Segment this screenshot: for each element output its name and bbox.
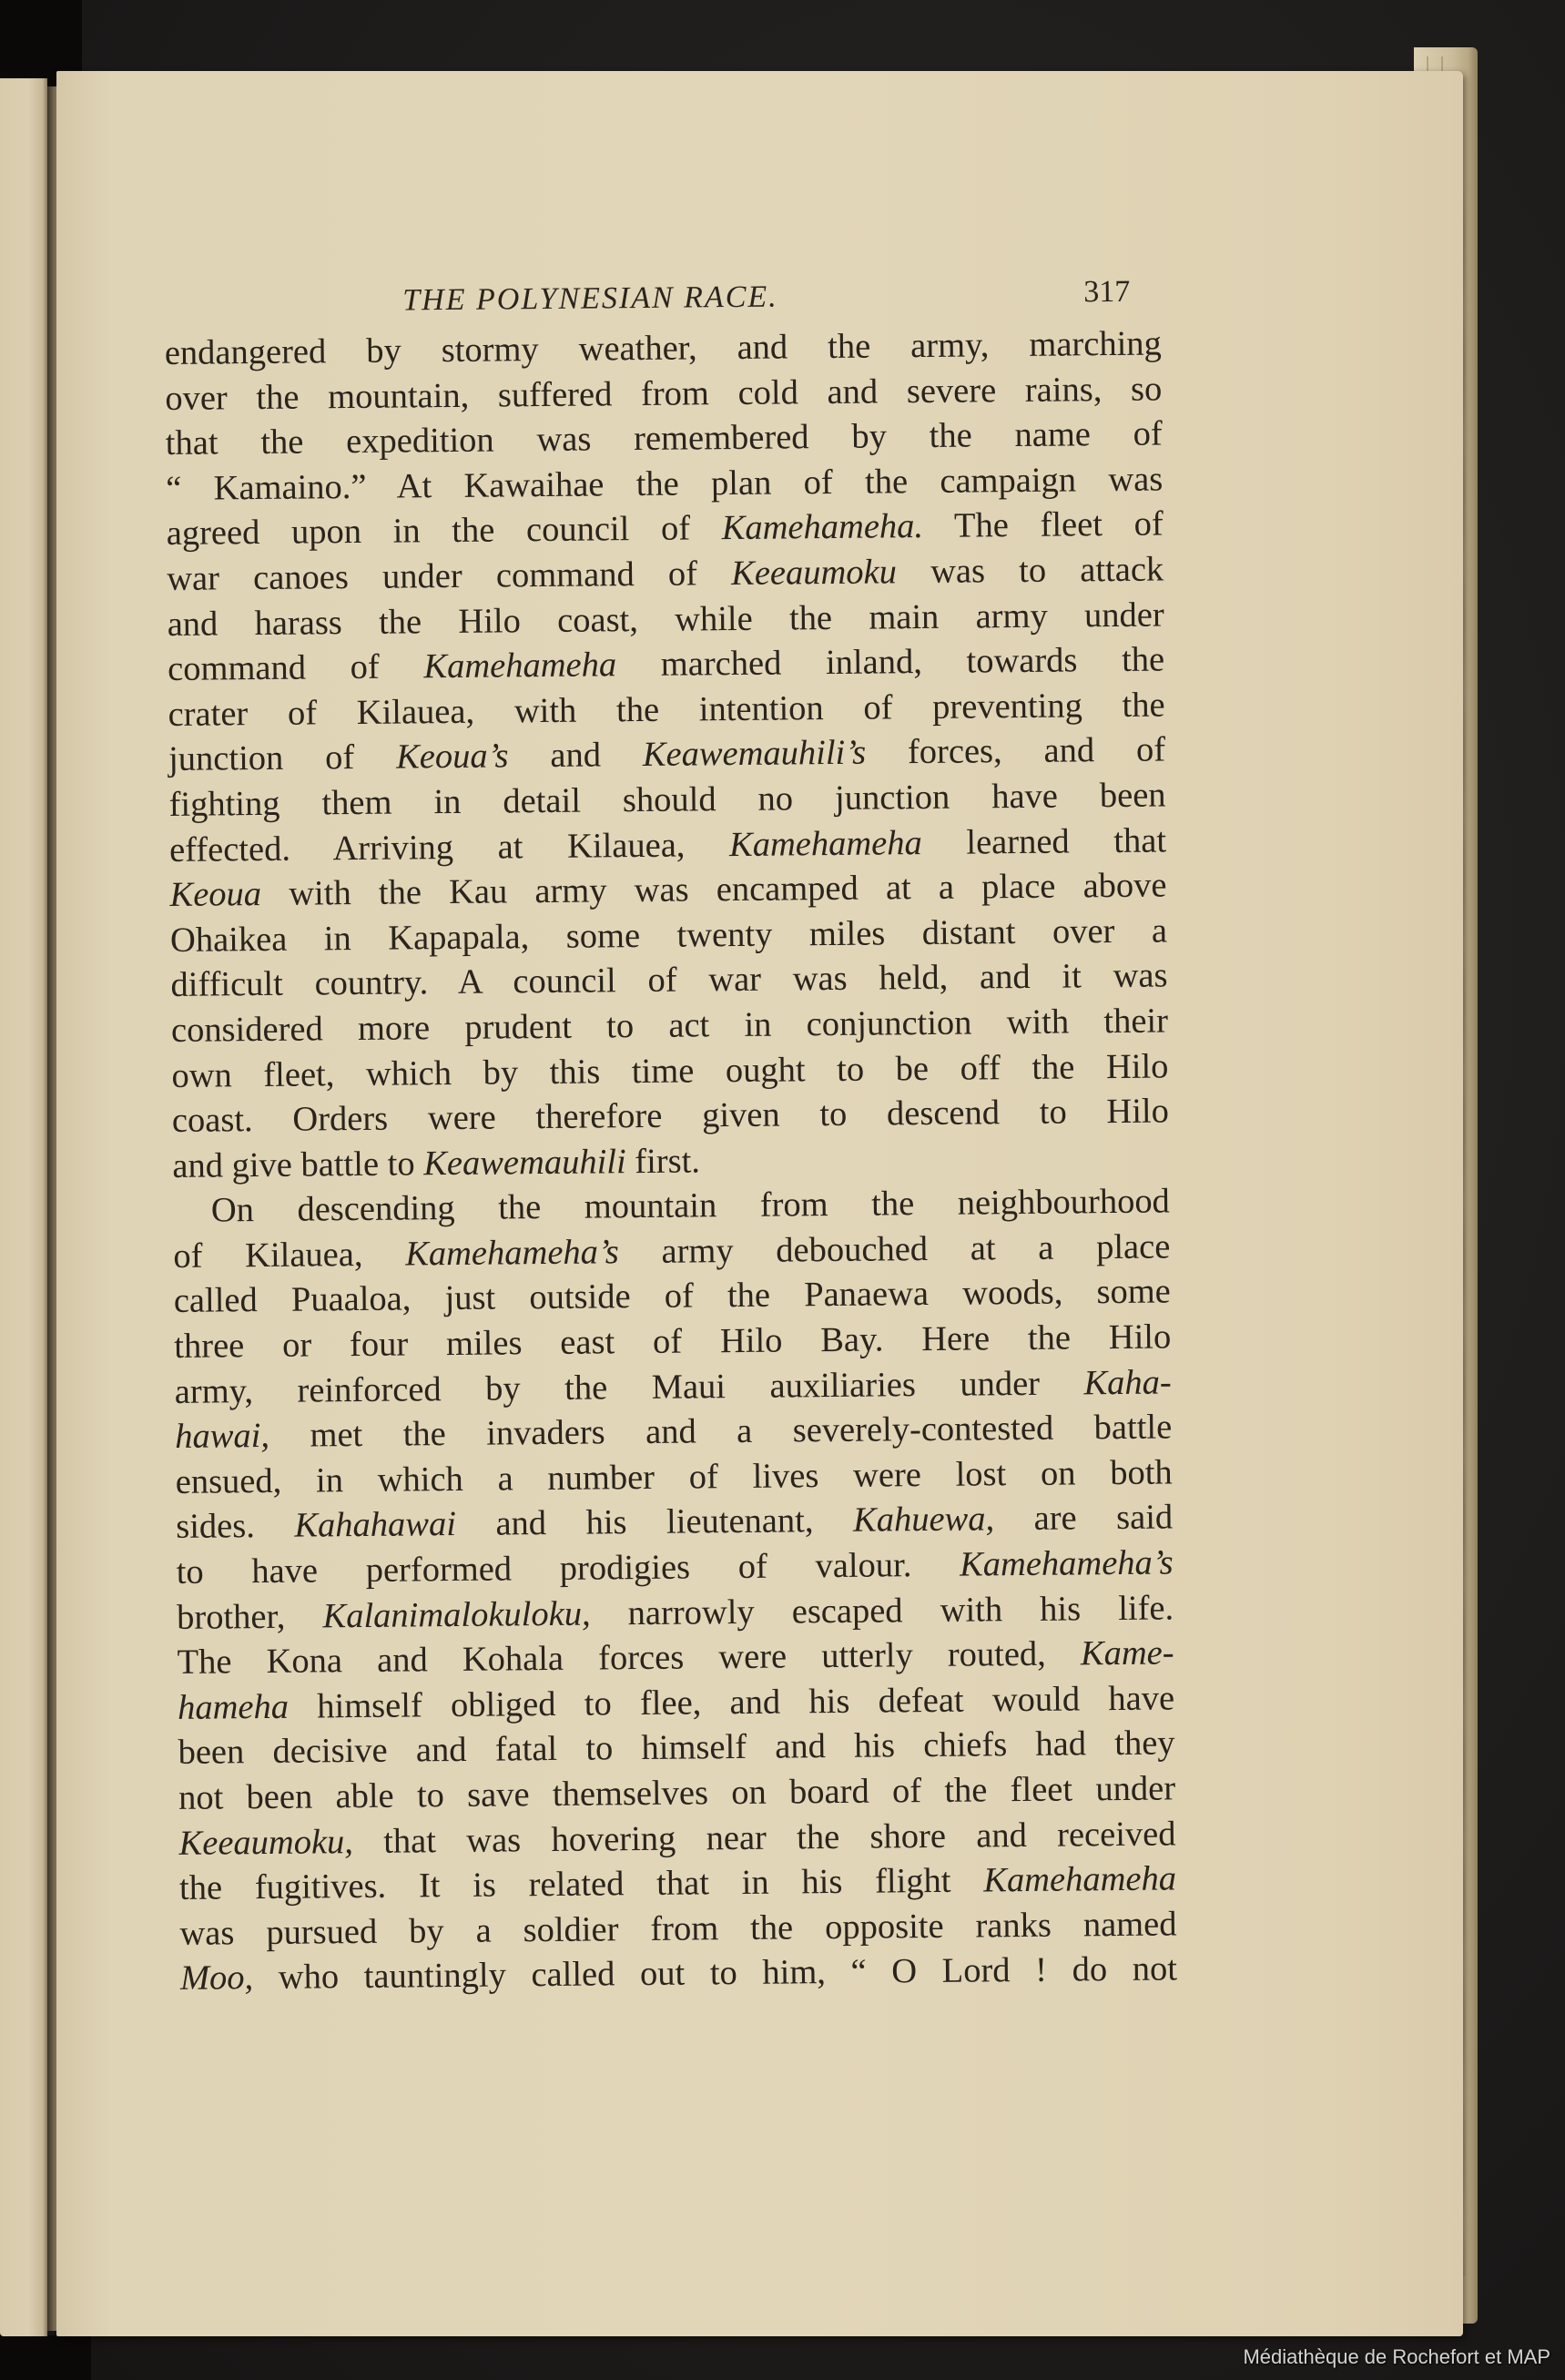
text-run: marched inland, towards the — [616, 641, 1164, 685]
text-run: and harass the Hilo coast, while the mai… — [167, 595, 1164, 644]
italic-name: Keoua — [169, 875, 261, 914]
text-run: difficult country. A council of war was … — [170, 957, 1167, 1005]
text-run: first. — [625, 1142, 700, 1181]
text-run: war canoes under command of — [167, 554, 731, 598]
running-head: THE POLYNESIAN RACE. 317 — [164, 263, 1162, 331]
text-run: junction of — [168, 738, 396, 778]
page-number: 317 — [1083, 275, 1130, 310]
italic-name: hawai, — [175, 1417, 269, 1456]
left-page-edge — [0, 78, 47, 2336]
italic-name: Kamehameha — [983, 1860, 1176, 1900]
text-run: coast. Orders were therefore given to de… — [172, 1093, 1169, 1141]
text-run: On descending the mountain from the neig… — [211, 1183, 1170, 1230]
italic-name: Keeaumoku, — [178, 1823, 353, 1863]
text-run: and his lieutenant, — [456, 1501, 853, 1543]
text-run: army debouched at a place — [619, 1227, 1171, 1271]
text-run: was to attack — [897, 550, 1164, 591]
text-run: own fleet, which by this time ought to b… — [171, 1047, 1168, 1095]
italic-name: Keawemauhili’s — [643, 734, 867, 774]
text-run: that the expedition was remembered by th… — [166, 415, 1163, 463]
text-run: who tauntingly called out to him, “ O Lo… — [253, 1950, 1177, 1998]
text-run: and — [508, 736, 643, 775]
watermark-credit: Médiathèque de Rochefort et MAP — [1243, 2345, 1550, 2369]
text-run: that was hovering near the shore and rec… — [353, 1815, 1176, 1861]
text-run: “ Kamaino.” At Kawaihae the plan of the … — [166, 460, 1163, 508]
text-run: are said — [994, 1499, 1173, 1539]
italic-name: Kamehameha. — [722, 507, 924, 547]
italic-name: Keoua’s — [396, 737, 509, 777]
italic-name: Keeaumoku — [731, 553, 897, 593]
italic-name: Kalanimalokuloku, — [322, 1594, 590, 1635]
text-run: not been able to save themselves on boar… — [178, 1769, 1175, 1817]
text-run: army, reinforced by the Maui auxiliaries… — [175, 1364, 1084, 1411]
text-run: met the invaders and a severely-conteste… — [269, 1409, 1173, 1456]
text-run: and give battle to — [172, 1144, 423, 1185]
italic-name: Kamehameha — [729, 824, 922, 864]
text-run: ensued, in which a number of lives were … — [176, 1453, 1173, 1501]
text-run: brother, — [177, 1597, 323, 1637]
text-run: learned that — [922, 821, 1167, 862]
text-run: Ohaikea in Kapapala, some twenty miles d… — [170, 911, 1167, 960]
italic-name: Kamehameha’s — [960, 1543, 1174, 1583]
text-run: forces, and of — [866, 731, 1165, 772]
text-run: crater of Kilauea, with the intention of… — [168, 686, 1164, 734]
text-run: been decisive and fatal to himself and h… — [178, 1724, 1174, 1773]
italic-name: Kahuewa, — [853, 1500, 994, 1540]
italic-name: hameha — [178, 1688, 289, 1727]
text-run: himself obliged to flee, and his defeat … — [289, 1679, 1174, 1725]
text-run: of Kilauea, — [173, 1235, 405, 1275]
text-run: sides. — [176, 1507, 295, 1546]
text-run: with the Kau army was encamped at a plac… — [261, 867, 1167, 914]
italic-name: Keawemauhili — [423, 1143, 626, 1183]
text-run: fighting them in detail should no juncti… — [168, 776, 1165, 824]
text-line: Moo, who tauntingly called out to him, “… — [180, 1948, 1177, 2002]
text-run: The Kona and Kohala forces were utterly … — [177, 1635, 1081, 1683]
running-title: THE POLYNESIAN RACE. — [402, 280, 778, 319]
italic-name: Kamehameha — [423, 646, 616, 686]
text-run: three or four miles east of Hilo Bay. He… — [174, 1317, 1171, 1366]
text-run: command of — [168, 647, 424, 688]
text-run: agreed upon in the council of — [167, 510, 722, 554]
body-text: endangered by stormy weather, and the ar… — [165, 321, 1178, 2001]
text-run: to have performed prodigies of valour. — [176, 1546, 960, 1592]
italic-name: Kamehameha’s — [405, 1233, 619, 1273]
text-run: was pursued by a soldier from the opposi… — [179, 1905, 1176, 1953]
text-line: coast. Orders were therefore given to de… — [172, 1090, 1169, 1144]
italic-name: Kame- — [1081, 1634, 1174, 1673]
text-run: over the mountain, suffered from cold an… — [165, 370, 1162, 418]
page-text-block: THE POLYNESIAN RACE. 317 endangered by s… — [164, 263, 1177, 2001]
italic-name: Kahahawai — [294, 1505, 456, 1545]
text-run: The fleet of — [923, 505, 1164, 546]
text-run: called Puaaloa, just outside of the Pana… — [174, 1273, 1171, 1321]
text-run: the fugitives. It is related that in his… — [179, 1862, 984, 1907]
dark-corner-bottom — [0, 2335, 91, 2380]
text-run: considered more prudent to act in conjun… — [171, 1002, 1168, 1050]
text-run: endangered by stormy weather, and the ar… — [165, 324, 1162, 372]
text-run: effected. Arriving at Kilauea, — [169, 826, 729, 870]
text-run: narrowly escaped with his life. — [590, 1589, 1174, 1632]
italic-name: Moo, — [180, 1959, 254, 1999]
italic-name: Kaha- — [1083, 1363, 1172, 1402]
